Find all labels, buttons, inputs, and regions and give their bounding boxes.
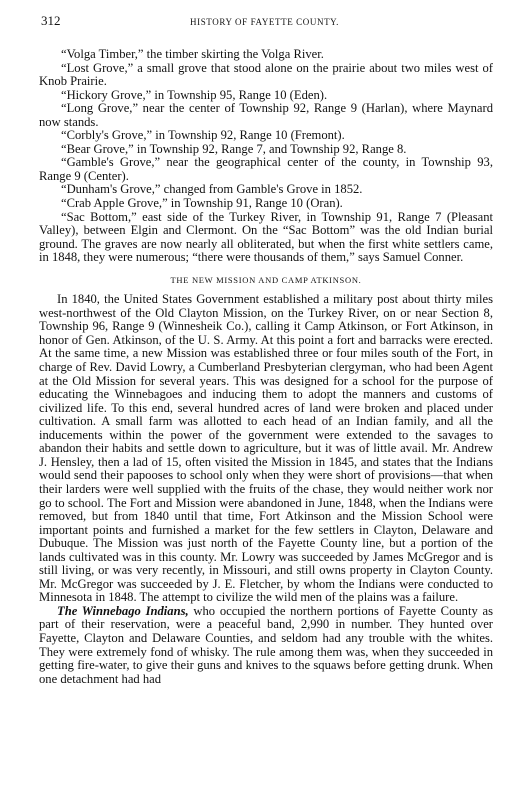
- italic-lead: The Winnebago Indians,: [57, 604, 189, 618]
- section-paragraph: In 1840, the United States Government es…: [39, 293, 493, 605]
- section-heading: THE NEW MISSION AND CAMP ATKINSON.: [39, 274, 493, 288]
- grove-entry: “Gamble's Grove,” near the geographical …: [39, 156, 493, 183]
- page-body: “Volga Timber,” the timber skirting the …: [39, 48, 493, 686]
- grove-entry: “Crab Apple Grove,” in Township 91, Rang…: [39, 197, 493, 211]
- book-page: 312 HISTORY OF FAYETTE COUNTY. “Volga Ti…: [0, 0, 520, 810]
- grove-entry: “Bear Grove,” in Township 92, Range 7, a…: [39, 143, 493, 157]
- page-number: 312: [41, 13, 61, 29]
- running-title: HISTORY OF FAYETTE COUNTY.: [190, 17, 339, 27]
- grove-entry: “Long Grove,” near the center of Townshi…: [39, 102, 493, 129]
- grove-entry: “Dunham's Grove,” changed from Gamble's …: [39, 183, 493, 197]
- grove-entry: “Volga Timber,” the timber skirting the …: [39, 48, 493, 62]
- grove-entry: “Corbly's Grove,” in Township 92, Range …: [39, 129, 493, 143]
- grove-entry: “Lost Grove,” a small grove that stood a…: [39, 62, 493, 89]
- section-paragraph: The Winnebago Indians, who occupied the …: [39, 605, 493, 686]
- grove-entry: “Hickory Grove,” in Township 95, Range 1…: [39, 89, 493, 103]
- grove-entry: “Sac Bottom,” east side of the Turkey Ri…: [39, 211, 493, 265]
